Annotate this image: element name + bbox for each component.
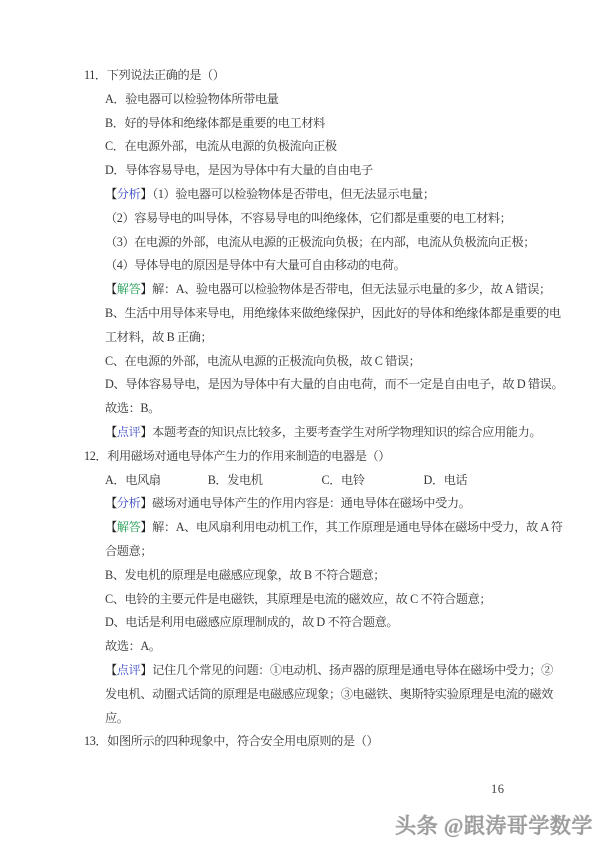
text-segment: 故选：B。 bbox=[105, 401, 160, 415]
text-segment: D．导体容易导电，是因为导体中有大量的自由电子 bbox=[105, 163, 373, 177]
text-segment: 】 bbox=[140, 496, 152, 510]
text-line: 12．利用磁场对通电导体产生力的作用来制造的电器是（） bbox=[84, 445, 570, 469]
text-segment: 【 bbox=[105, 663, 117, 677]
text-line: 故选：A。 bbox=[84, 635, 570, 659]
text-segment: 发电机、动圈式话筒的原理是电磁感应现象；③电磁铁、奥斯特实验原理是电流的磁效 bbox=[105, 687, 553, 701]
text-line: 【解答】解：A、电风扇利用电动机工作，其工作原理是通电导体在磁场中受力，故 A … bbox=[84, 516, 570, 540]
text-line: 【分析】磁场对通电导体产生的作用内容是：通电导体在磁场中受力。 bbox=[84, 492, 570, 516]
text-segment: 】 bbox=[140, 520, 152, 534]
text-segment: D、导体容易导电，是因为导体中有大量的自由电荷，而不一定是自由电子，故 D 错误… bbox=[105, 377, 563, 391]
text-segment: 12．利用磁场对通电导体产生力的作用来制造的电器是（） bbox=[84, 449, 390, 463]
document-lines: 11．下列说法正确的是（）A．验电器可以检验物体所带电量B．好的导体和绝缘体都是… bbox=[84, 64, 570, 754]
text-segment: C、在电源的外部，电流从电源的正极流向负极，故 C 错误； bbox=[105, 354, 420, 368]
text-segment: 】 bbox=[140, 282, 152, 296]
watermark: 头条 @跟涛哥学数学 bbox=[395, 810, 593, 840]
text-segment: B、生活中用导体来导电，用绝缘体来做绝缘保护，因此好的导体和绝缘体都是重要的电 bbox=[105, 306, 561, 320]
text-line: 【点评】本题考查的知识点比较多，主要考查学生对所学物理知识的综合应用能力。 bbox=[84, 421, 570, 445]
text-segment: 工材料，故 B 正确； bbox=[105, 330, 212, 344]
text-line: 【分析】（1）验电器可以检验物体是否带电，但无法显示电量； bbox=[84, 183, 570, 207]
text-segment: 11．下列说法正确的是（） bbox=[84, 68, 225, 82]
text-segment: 【 bbox=[105, 520, 117, 534]
text-segment: 【 bbox=[105, 282, 117, 296]
text-segment: D、电话是利用电磁感应原理制成的，故 D 不符合题意。 bbox=[105, 615, 398, 629]
text-segment: （2）容易导电的叫导体，不容易导电的叫绝缘体，它们都是重要的电工材料； bbox=[105, 211, 511, 225]
page-number: 16 bbox=[491, 782, 505, 797]
text-line: 【点评】记住几个常见的问题：①电动机、扬声器的原理是通电导体在磁场中受力；② bbox=[84, 659, 570, 683]
text-line: （4）导体导电的原因是导体中有大量可自由移动的电荷。 bbox=[84, 254, 570, 278]
text-line: （2）容易导电的叫导体，不容易导电的叫绝缘体，它们都是重要的电工材料； bbox=[84, 207, 570, 231]
text-segment: A．验电器可以检验物体所带电量 bbox=[105, 92, 278, 106]
text-line: C．在电源外部，电流从电源的负极流向正极 bbox=[84, 135, 570, 159]
section-label: 点评 bbox=[117, 663, 141, 677]
text-segment: 】 bbox=[140, 187, 152, 201]
text-line: B．好的导体和绝缘体都是重要的电工材料 bbox=[84, 112, 570, 136]
text-line: 故选：B。 bbox=[84, 397, 570, 421]
text-line: 13．如图所示的四种现象中，符合安全用电原则的是（） bbox=[84, 730, 570, 754]
text-segment: （3）在电源的外部，电流从电源的正极流向负极；在内部，电流从负极流向正极； bbox=[105, 235, 535, 249]
text-segment: A．电风扇 B．发电机 C．电铃 D．电话 bbox=[105, 473, 467, 487]
text-line: A．验电器可以检验物体所带电量 bbox=[84, 88, 570, 112]
text-segment: 【 bbox=[105, 187, 117, 201]
text-segment: 】 bbox=[140, 425, 152, 439]
text-line: 工材料，故 B 正确； bbox=[84, 326, 570, 350]
text-segment: B．好的导体和绝缘体都是重要的电工材料 bbox=[105, 116, 325, 130]
text-segment: 磁场对通电导体产生的作用内容是：通电导体在磁场中受力。 bbox=[152, 496, 470, 510]
text-line: D、电话是利用电磁感应原理制成的，故 D 不符合题意。 bbox=[84, 611, 570, 635]
text-segment: 应。 bbox=[105, 711, 129, 725]
text-segment: 本题考查的知识点比较多，主要考查学生对所学物理知识的综合应用能力。 bbox=[152, 425, 541, 439]
text-segment: 解：A、电风扇利用电动机工作，其工作原理是通电导体在磁场中受力，故 A 符 bbox=[152, 520, 562, 534]
section-label: 分析 bbox=[117, 496, 141, 510]
text-line: 【解答】解：A、验电器可以检验物体是否带电，但无法显示电量的多少，故 A 错误； bbox=[84, 278, 570, 302]
text-segment: C．在电源外部，电流从电源的负极流向正极 bbox=[105, 139, 337, 153]
text-line: （3）在电源的外部，电流从电源的正极流向负极；在内部，电流从负极流向正极； bbox=[84, 231, 570, 255]
text-line: C、在电源的外部，电流从电源的正极流向负极，故 C 错误； bbox=[84, 350, 570, 374]
text-segment: 【 bbox=[105, 425, 117, 439]
text-line: 合题意； bbox=[84, 540, 570, 564]
text-segment: 记住几个常见的问题：①电动机、扬声器的原理是通电导体在磁场中受力；② bbox=[152, 663, 553, 677]
section-label: 解答 bbox=[117, 282, 141, 296]
text-segment: （4）导体导电的原因是导体中有大量可自由移动的电荷。 bbox=[105, 258, 405, 272]
text-line: C、电铃的主要元件是电磁铁，其原理是电流的磁效应，故 C 不符合题意； bbox=[84, 588, 570, 612]
text-segment: C、电铃的主要元件是电磁铁，其原理是电流的磁效应，故 C 不符合题意； bbox=[105, 592, 491, 606]
section-label: 分析 bbox=[117, 187, 141, 201]
text-line: 11．下列说法正确的是（） bbox=[84, 64, 570, 88]
text-segment: 13．如图所示的四种现象中，符合安全用电原则的是（） bbox=[84, 734, 378, 748]
text-segment: （1）验电器可以检验物体是否带电，但无法显示电量； bbox=[152, 187, 435, 201]
text-line: D．导体容易导电，是因为导体中有大量的自由电子 bbox=[84, 159, 570, 183]
document-page: 11．下列说法正确的是（）A．验电器可以检验物体所带电量B．好的导体和绝缘体都是… bbox=[0, 0, 600, 848]
text-line: D、导体容易导电，是因为导体中有大量的自由电荷，而不一定是自由电子，故 D 错误… bbox=[84, 373, 570, 397]
text-line: 应。 bbox=[84, 707, 570, 731]
text-line: B、发电机的原理是电磁感应现象，故 B 不符合题意； bbox=[84, 564, 570, 588]
text-line: A．电风扇 B．发电机 C．电铃 D．电话 bbox=[84, 469, 570, 493]
section-label: 点评 bbox=[117, 425, 141, 439]
text-line: B、生活中用导体来导电，用绝缘体来做绝缘保护，因此好的导体和绝缘体都是重要的电 bbox=[84, 302, 570, 326]
section-label: 解答 bbox=[117, 520, 141, 534]
text-line: 发电机、动圈式话筒的原理是电磁感应现象；③电磁铁、奥斯特实验原理是电流的磁效 bbox=[84, 683, 570, 707]
text-segment: 【 bbox=[105, 496, 117, 510]
text-segment: 】 bbox=[140, 663, 152, 677]
text-segment: 解：A、验电器可以检验物体是否带电，但无法显示电量的多少，故 A 错误； bbox=[152, 282, 551, 296]
text-segment: 合题意； bbox=[105, 544, 152, 558]
text-segment: 故选：A。 bbox=[105, 639, 161, 653]
text-segment: B、发电机的原理是电磁感应现象，故 B 不符合题意； bbox=[105, 568, 385, 582]
